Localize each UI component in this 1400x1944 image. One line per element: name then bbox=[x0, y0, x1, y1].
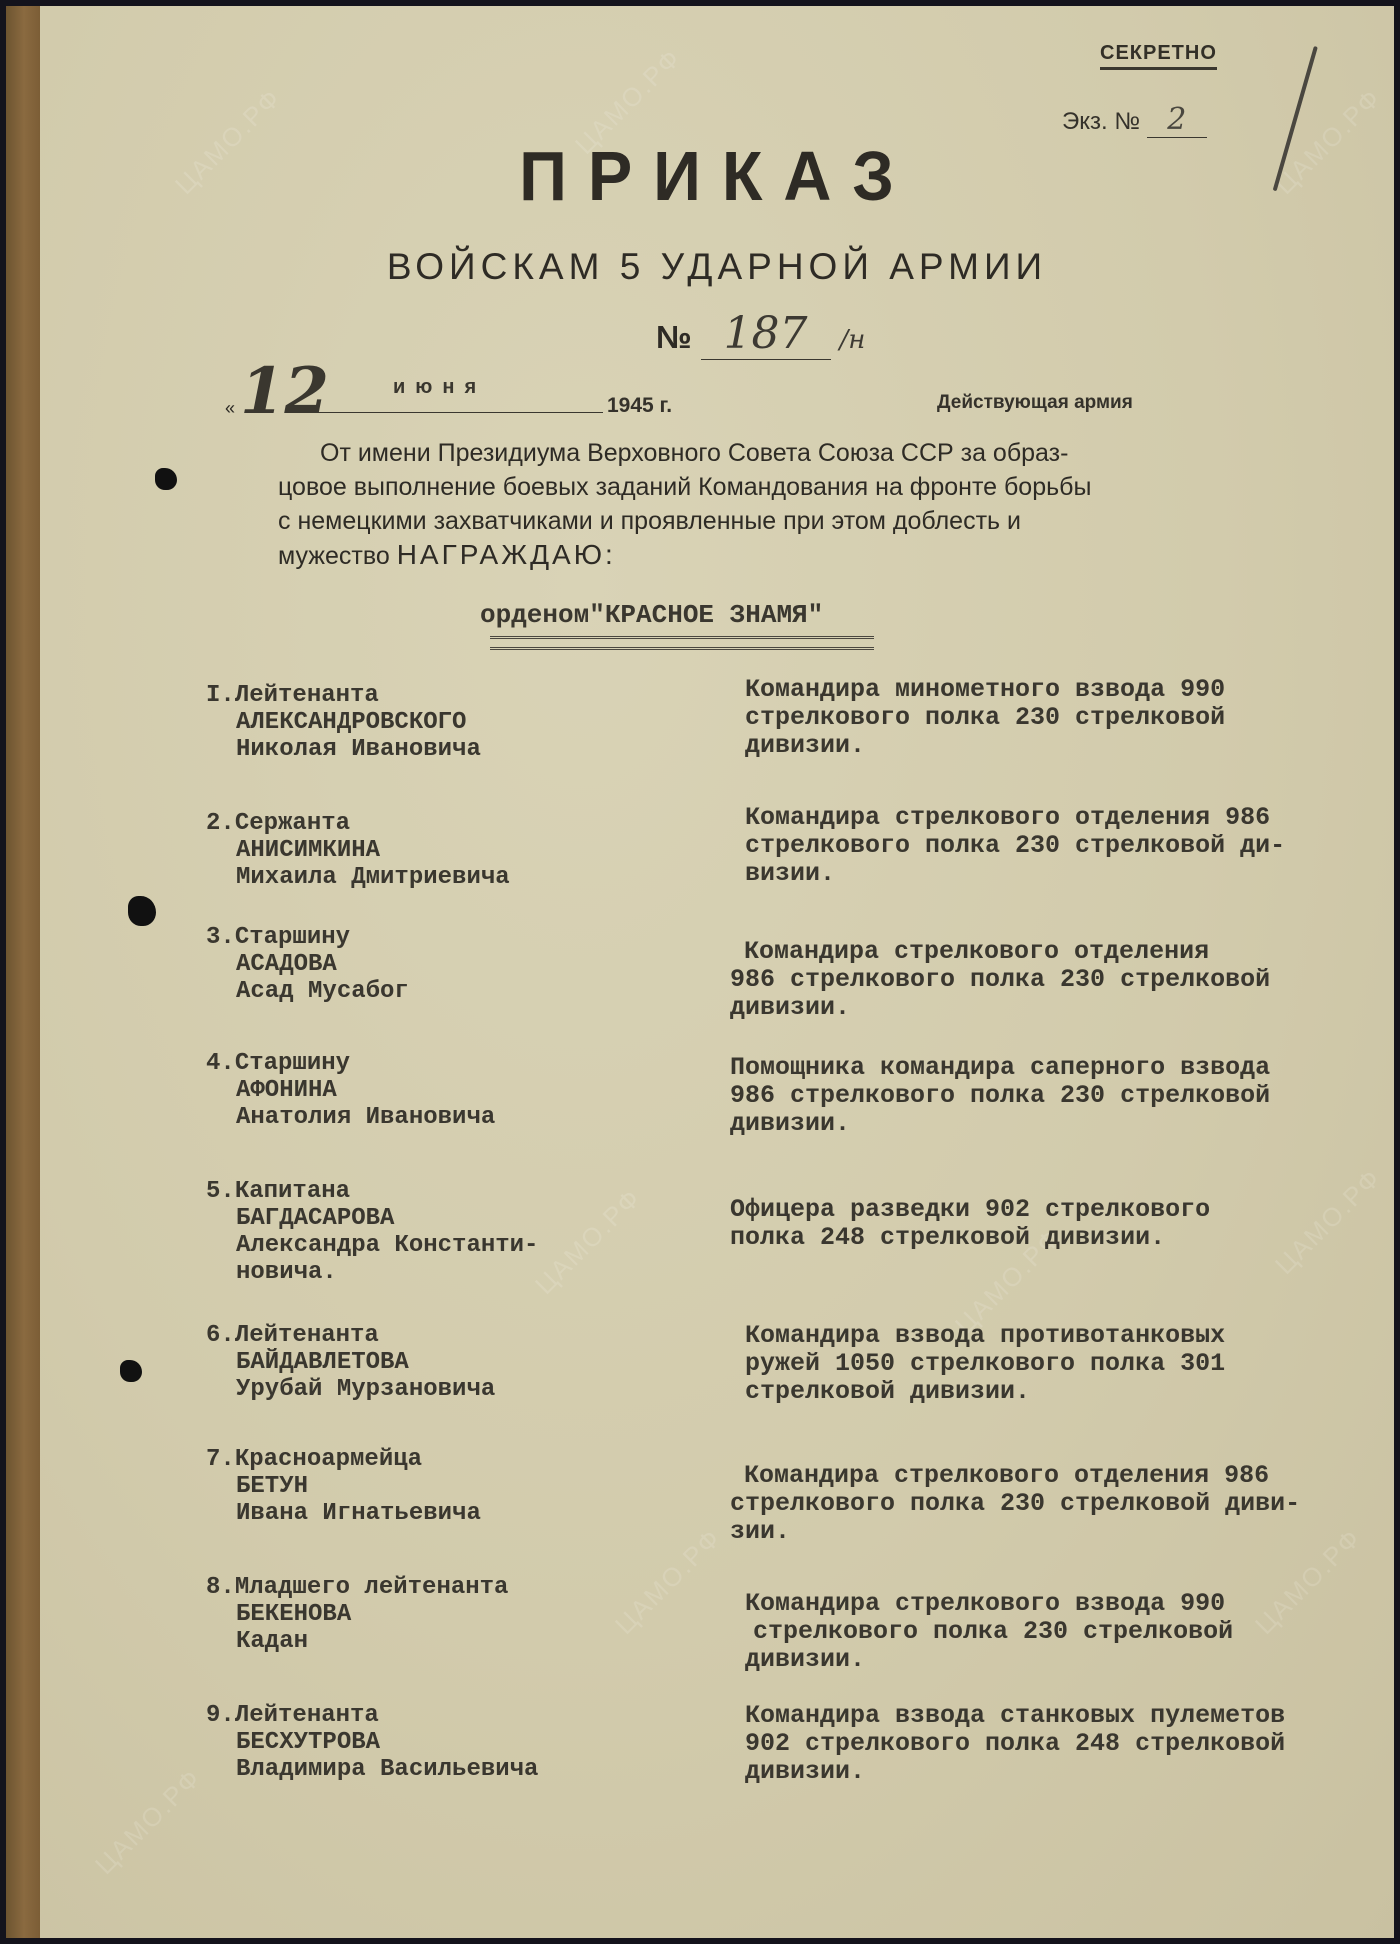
awardee-surname: АФОНИНА bbox=[206, 1077, 666, 1104]
position-line: Офицера разведки 902 стрелкового bbox=[730, 1196, 1370, 1224]
awardee-entry: 2.Сержанта АНИСИМКИНА Михаила Дмитриевич… bbox=[200, 810, 1380, 940]
awardee-index: 2. bbox=[206, 810, 235, 837]
position-line: Командира стрелкового отделения 986 bbox=[745, 804, 1385, 832]
awardee-name-block: 2.Сержанта АНИСИМКИНА Михаила Дмитриевич… bbox=[206, 810, 666, 891]
awardee-position: Командира стрелкового отделения 986 стре… bbox=[730, 1462, 1370, 1546]
awardee-position: Офицера разведки 902 стрелкового полка 2… bbox=[730, 1196, 1370, 1252]
awardee-rank: Лейтенанта bbox=[235, 1702, 379, 1729]
awardee-surname: БЕТУН bbox=[206, 1473, 666, 1500]
position-line: стрелкового полка 230 стрелковой bbox=[745, 1618, 1385, 1646]
copy-number-value: 2 bbox=[1147, 102, 1207, 138]
awardee-surname: БЕКЕНОВА bbox=[206, 1601, 666, 1628]
awardee-rank: Сержанта bbox=[235, 810, 350, 837]
awardee-rank: Младшего лейтенанта bbox=[235, 1574, 509, 1601]
preamble-line: цовое выполнение боевых заданий Командов… bbox=[278, 470, 1218, 504]
position-line: дивизии. bbox=[745, 732, 1385, 760]
position-line: Командира стрелкового взвода 990 bbox=[745, 1590, 1385, 1618]
awardee-given-names: Анатолия Ивановича bbox=[206, 1104, 666, 1131]
document-subtitle: ВОЙСКАМ 5 УДАРНОЙ АРМИИ bbox=[40, 246, 1394, 288]
awardee-given-names: Михаила Дмитриевича bbox=[206, 864, 666, 891]
preamble: От имени Президиума Верховного Совета Со… bbox=[278, 436, 1218, 573]
awardee-name-block: 6.Лейтенанта БАЙДАВЛЕТОВА Урубай Мурзано… bbox=[206, 1322, 666, 1403]
awardee-position: Помощника командира саперного взвода 986… bbox=[730, 1054, 1370, 1138]
date-quote: « bbox=[225, 398, 235, 419]
date-underline bbox=[317, 412, 603, 413]
position-line: 902 стрелкового полка 248 стрелковой bbox=[745, 1730, 1385, 1758]
punch-hole bbox=[128, 896, 156, 926]
position-line: стрелкового полка 230 стрелковой ди- bbox=[745, 832, 1385, 860]
awardee-entry: I.Лейтенанта АЛЕКСАНДРОВСКОГО Николая Ив… bbox=[200, 682, 1380, 812]
copy-number: Экз. № 2 bbox=[1062, 102, 1207, 138]
position-line: 986 стрелкового полка 230 стрелковой bbox=[730, 966, 1370, 994]
awardee-entry: 8.Младшего лейтенанта БЕКЕНОВА Кадан Ком… bbox=[200, 1574, 1380, 1704]
awardee-entry: 6.Лейтенанта БАЙДАВЛЕТОВА Урубай Мурзано… bbox=[200, 1322, 1380, 1452]
awardee-index: 8. bbox=[206, 1574, 235, 1601]
awardee-index: 6. bbox=[206, 1322, 235, 1349]
awardee-given-names: Александра Константи- bbox=[206, 1232, 666, 1259]
punch-hole bbox=[120, 1360, 142, 1382]
awardee-index: 3. bbox=[206, 924, 235, 951]
awardee-name-block: 3.Старшину АСАДОВА Асад Мусабог bbox=[206, 924, 666, 1005]
position-line: стрелкового полка 230 стрелковой bbox=[745, 704, 1385, 732]
punch-hole bbox=[155, 468, 177, 490]
date-day: 12 bbox=[240, 354, 329, 429]
preamble-line: мужество НАГРАЖДАЮ: bbox=[278, 538, 1218, 573]
awardee-index: 4. bbox=[206, 1050, 235, 1077]
location-label: Действующая армия bbox=[937, 392, 1133, 414]
awardee-surname: БАГДАСАРОВА bbox=[206, 1205, 666, 1232]
awardee-index: 5. bbox=[206, 1178, 235, 1205]
position-line: зии. bbox=[730, 1518, 1370, 1546]
position-line: визии. bbox=[745, 860, 1385, 888]
position-line: стрелковой дивизии. bbox=[745, 1378, 1385, 1406]
awardee-name-block: 4.Старшину АФОНИНА Анатолия Ивановича bbox=[206, 1050, 666, 1131]
awardee-index: I. bbox=[206, 682, 235, 709]
order-number: № 187 /н bbox=[656, 308, 865, 360]
awardee-position: Командира стрелкового отделения 986 стре… bbox=[745, 804, 1385, 888]
awardee-given-names: Ивана Игнатьевича bbox=[206, 1500, 666, 1527]
date-year: 1945 г. bbox=[607, 394, 672, 418]
awardee-name-block: 8.Младшего лейтенанта БЕКЕНОВА Кадан bbox=[206, 1574, 666, 1655]
copy-label: Экз. № bbox=[1062, 108, 1140, 135]
order-number-label: № bbox=[656, 319, 692, 355]
awardee-given-names: Урубай Мурзановича bbox=[206, 1376, 666, 1403]
awardee-given-names: Кадан bbox=[206, 1628, 666, 1655]
awardee-index: 9. bbox=[206, 1702, 235, 1729]
preamble-line: с немецкими захватчиками и проявленные п… bbox=[278, 504, 1218, 538]
awardee-rank: Капитана bbox=[235, 1178, 350, 1205]
awardee-given-names: Асад Мусабог bbox=[206, 978, 666, 1005]
awardee-name-block: 5.Капитана БАГДАСАРОВА Александра Конста… bbox=[206, 1178, 666, 1286]
position-line: Командира взвода станковых пулеметов bbox=[745, 1702, 1385, 1730]
position-line: полка 248 стрелковой дивизии. bbox=[730, 1224, 1370, 1252]
awardee-name-block: I.Лейтенанта АЛЕКСАНДРОВСКОГО Николая Ив… bbox=[206, 682, 666, 763]
preamble-last-prefix: мужество bbox=[278, 542, 390, 570]
position-line: ружей 1050 стрелкового полка 301 bbox=[745, 1350, 1385, 1378]
position-line: Командира взвода противотанковых bbox=[745, 1322, 1385, 1350]
awardee-name-block: 7.Красноармейца БЕТУН Ивана Игнатьевича bbox=[206, 1446, 666, 1527]
awardee-rank: Старшину bbox=[235, 1050, 350, 1077]
awardee-position: Командира стрелкового отделения 986 стре… bbox=[730, 938, 1370, 1022]
position-line: Командира стрелкового отделения bbox=[730, 938, 1370, 966]
awardee-surname: АЛЕКСАНДРОВСКОГО bbox=[206, 709, 666, 736]
awardee-surname: АСАДОВА bbox=[206, 951, 666, 978]
awardee-entry: 7.Красноармейца БЕТУН Ивана Игнатьевича … bbox=[200, 1446, 1380, 1576]
position-line: Помощника командира саперного взвода bbox=[730, 1054, 1370, 1082]
awardee-position: Командира минометного взвода 990 стрелко… bbox=[745, 676, 1385, 760]
position-line: стрелкового полка 230 стрелковой диви- bbox=[730, 1490, 1370, 1518]
binding-strip bbox=[6, 6, 42, 1938]
awardee-position: Командира взвода противотанковых ружей 1… bbox=[745, 1322, 1385, 1406]
awardee-rank: Старшину bbox=[235, 924, 350, 951]
document-title: ПРИКАЗ bbox=[74, 136, 1360, 216]
awardee-entry: 4.Старшину АФОНИНА Анатолия Ивановича По… bbox=[200, 1050, 1380, 1180]
award-order-underline bbox=[490, 636, 874, 650]
awardee-position: Командира взвода станковых пулеметов 902… bbox=[745, 1702, 1385, 1786]
awardee-position: Командира стрелкового взвода 990 стрелко… bbox=[745, 1590, 1385, 1674]
document-page: ЦАМО.РФ ЦАМО.РФ ЦАМО.РФ ЦАМО.РФ ЦАМО.РФ … bbox=[40, 6, 1394, 1938]
position-line: 986 стрелкового полка 230 стрелковой bbox=[730, 1082, 1370, 1110]
position-line: дивизии. bbox=[745, 1758, 1385, 1786]
award-order-name: орденом"КРАСНОЕ ЗНАМЯ" bbox=[480, 600, 823, 630]
preamble-line: От имени Президиума Верховного Совета Со… bbox=[278, 436, 1218, 470]
awardee-name-block: 9.Лейтенанта БЕСХУТРОВА Владимира Василь… bbox=[206, 1702, 666, 1783]
position-line: дивизии. bbox=[745, 1646, 1385, 1674]
position-line: Командира стрелкового отделения 986 bbox=[730, 1462, 1370, 1490]
order-number-suffix: /н bbox=[839, 325, 865, 355]
awardee-surname: БАЙДАВЛЕТОВА bbox=[206, 1349, 666, 1376]
awardee-surname: БЕСХУТРОВА bbox=[206, 1729, 666, 1756]
classification-stamp: СЕКРЕТНО bbox=[1100, 42, 1217, 70]
awardee-given-names-cont: новича. bbox=[206, 1259, 666, 1286]
awardee-surname: АНИСИМКИНА bbox=[206, 837, 666, 864]
awardee-rank: Лейтенанта bbox=[235, 1322, 379, 1349]
awardee-entry: 3.Старшину АСАДОВА Асад Мусабог Командир… bbox=[200, 924, 1380, 1054]
watermark: ЦАМО.РФ bbox=[89, 1762, 207, 1880]
position-line: дивизии. bbox=[730, 1110, 1370, 1138]
award-word: НАГРАЖДАЮ: bbox=[397, 539, 616, 570]
position-line: Командира минометного взвода 990 bbox=[745, 676, 1385, 704]
awardee-rank: Лейтенанта bbox=[235, 682, 379, 709]
date-month: июня bbox=[393, 376, 486, 399]
awardee-index: 7. bbox=[206, 1446, 235, 1473]
order-number-value: 187 bbox=[701, 308, 831, 360]
position-line: дивизии. bbox=[730, 994, 1370, 1022]
awardee-given-names: Николая Ивановича bbox=[206, 736, 666, 763]
awardee-rank: Красноармейца bbox=[235, 1446, 422, 1473]
awardee-given-names: Владимира Васильевича bbox=[206, 1756, 666, 1783]
awardee-entry: 9.Лейтенанта БЕСХУТРОВА Владимира Василь… bbox=[200, 1702, 1380, 1832]
awardee-entry: 5.Капитана БАГДАСАРОВА Александра Конста… bbox=[200, 1178, 1380, 1308]
